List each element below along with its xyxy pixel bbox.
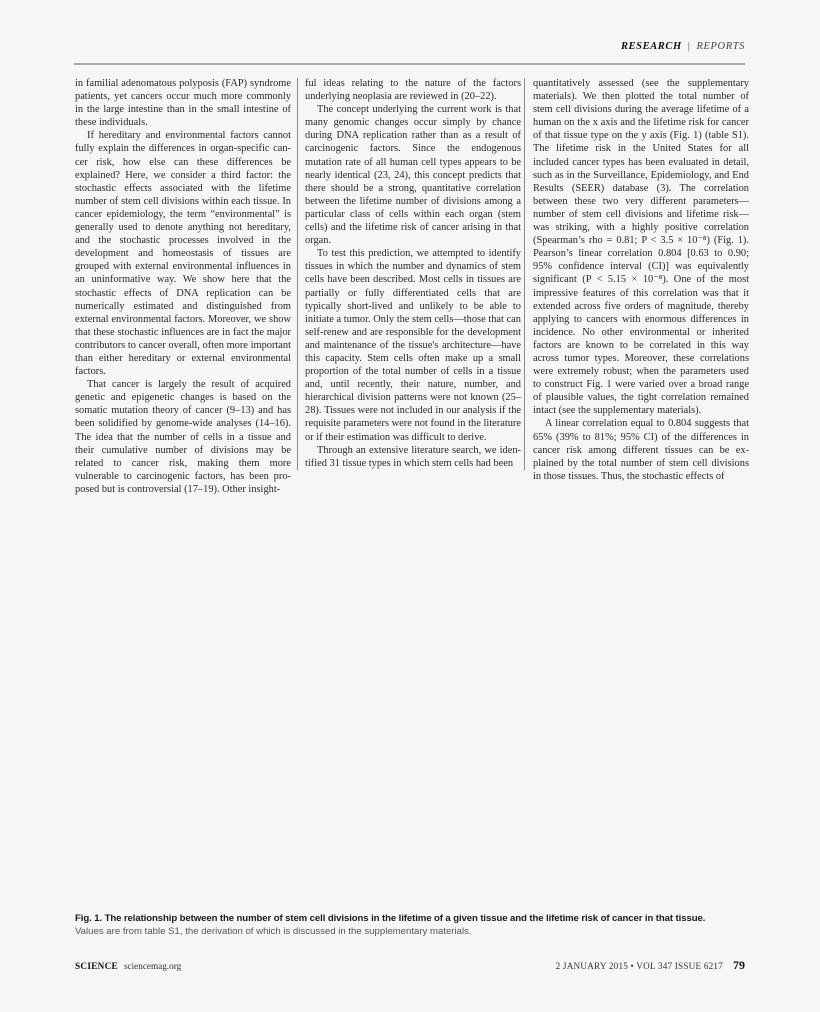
paragraph: A linear correlation equal to 0.804 sugg…	[533, 417, 749, 482]
page-footer: SCIENCEsciencemag.org 2 JANUARY 2015 • V…	[75, 958, 745, 973]
section-label: RESEARCH	[621, 41, 682, 52]
paragraph: If hereditary and environmental factors …	[75, 129, 291, 378]
paragraph: ful ideas relating to the nature of the …	[305, 77, 521, 103]
header-rule	[74, 63, 745, 65]
issue-info: 2 JANUARY 2015 • VOL 347 ISSUE 6217	[556, 961, 723, 971]
journal-name: SCIENCE	[75, 961, 118, 971]
paragraph: That cancer is largely the result of acq…	[75, 378, 291, 496]
subsection-label: REPORTS	[696, 41, 745, 52]
text-column-2: ful ideas relating to the nature of the …	[305, 77, 521, 470]
footer-right: 2 JANUARY 2015 • VOL 347 ISSUE 621779	[556, 958, 745, 973]
header-separator: |	[688, 41, 691, 52]
paragraph: in familial adenomatous polyposis (FAP) …	[75, 77, 291, 129]
text-column-3: quantitatively assessed (see the supplem…	[533, 77, 749, 483]
figure-title: Fig. 1. The relationship between the num…	[75, 912, 755, 925]
running-header: RESEARCH|REPORTS	[74, 41, 745, 52]
footer-left: SCIENCEsciencemag.org	[75, 961, 181, 971]
figure-caption: Fig. 1. The relationship between the num…	[75, 912, 755, 938]
column-divider	[297, 78, 298, 470]
paragraph: quantitatively assessed (see the supplem…	[533, 77, 749, 417]
column-divider	[524, 78, 525, 470]
paragraph: To test this prediction, we attempted to…	[305, 247, 521, 443]
paragraph: Through an extensive literature search, …	[305, 444, 521, 470]
page-number: 79	[733, 958, 745, 972]
text-column-1: in familial adenomatous polyposis (FAP) …	[75, 77, 291, 496]
figure-description: Values are from table S1, the derivation…	[75, 925, 755, 938]
journal-website: sciencemag.org	[124, 961, 181, 971]
paragraph: The concept underlying the current work …	[305, 103, 521, 247]
